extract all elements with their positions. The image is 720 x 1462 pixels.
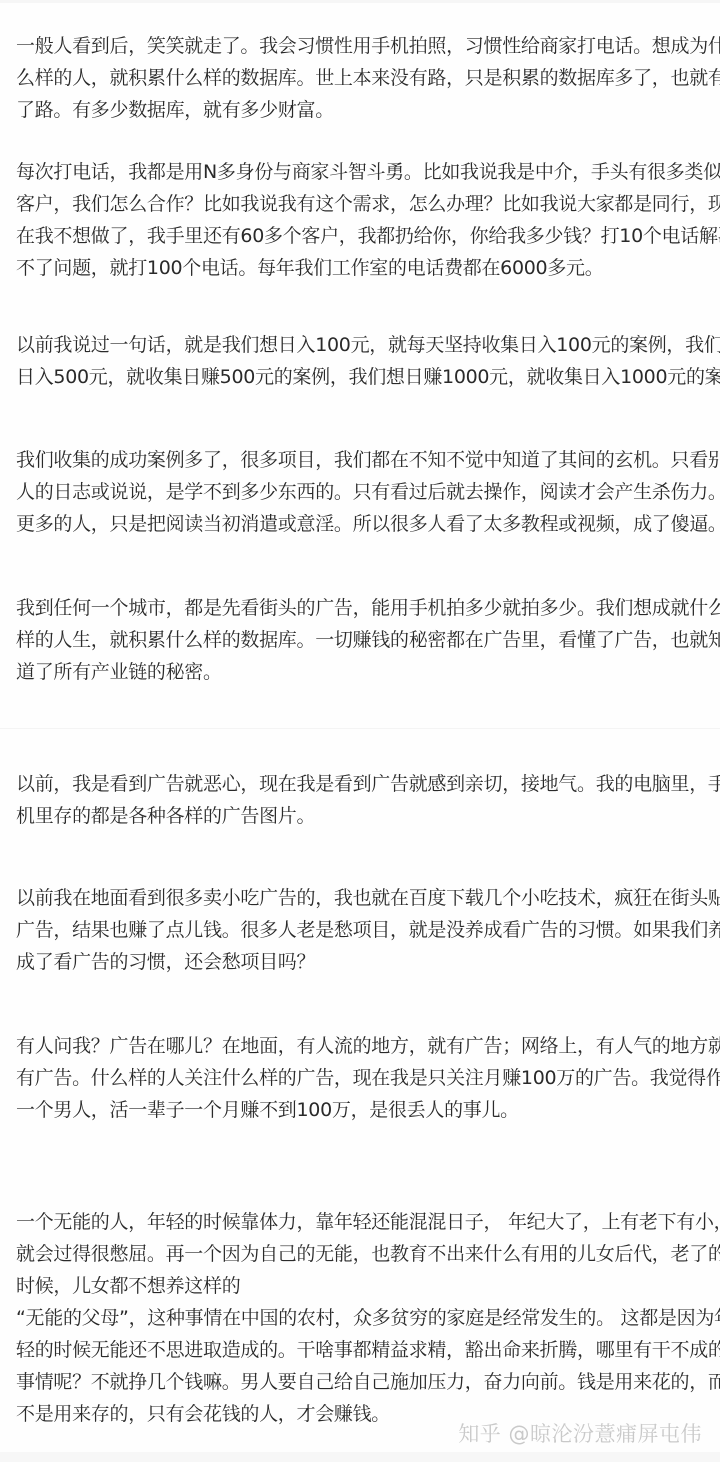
text-line: “无能的父母”，这种事情在中国的农村，众多贫穷的家庭是经常发生的。 这都是因为年 [16, 1306, 716, 1330]
text-line: 我到任何一个城市，都是先看街头的广告，能用手机拍多少就拍多少。我们想成就什么 [16, 596, 716, 620]
text-line: 事情呢？不就挣几个钱嘛。男人要自己给自己施加压力，奋力向前。钱是用来花的，而 [16, 1370, 716, 1394]
top-edge [0, 0, 720, 3]
text-line: 人的日志或说说，是学不到多少东西的。只有看过后就去操作，阅读才会产生杀伤力。 [16, 480, 716, 504]
section-divider [0, 728, 720, 729]
text-line: 有广告。什么样的人关注什么样的广告，现在我是只关注月赚100万的广告。我觉得作为 [16, 1066, 716, 1090]
text-line: 了路。有多少数据库，就有多少财富。 [16, 98, 716, 122]
text-line: 不了问题，就打100个电话。每年我们工作室的电话费都在6000多元。 [16, 256, 716, 280]
text-line: 么样的人，就积累什么样的数据库。世上本来没有路，只是积累的数据库多了，也就有 [16, 66, 716, 90]
text-line: 客户，我们怎么合作？比如我说我有这个需求，怎么办理？比如我说大家都是同行，现 [16, 192, 716, 216]
text-line: 以前我说过一句话，就是我们想日入100元，就每天坚持收集日入100元的案例，我们… [16, 333, 716, 357]
bottom-edge [0, 1452, 720, 1462]
text-line: 以前我在地面看到很多卖小吃广告的，我也就在百度下载几个小吃技术，疯狂在街头贴 [16, 886, 716, 910]
text-line: 一个无能的人，年轻的时候靠体力，靠年轻还能混混日子， 年纪大了，上有老下有小， [16, 1210, 716, 1234]
text-line: 轻的时候无能还不思进取造成的。干啥事都精益求精，豁出命来折腾，哪里有干不成的 [16, 1338, 716, 1362]
text-line: 以前，我是看到广告就恶心，现在我是看到广告就感到亲切，接地气。我的电脑里，手 [16, 772, 716, 796]
text-line: 样的人生，就积累什么样的数据库。一切赚钱的秘密都在广告里，看懂了广告，也就知 [16, 628, 716, 652]
text-line: 一个男人，活一辈子一个月赚不到100万，是很丢人的事儿。 [16, 1098, 716, 1122]
text-line: 有人问我？广告在哪儿？在地面，有人流的地方，就有广告；网络上，有人气的地方就 [16, 1034, 716, 1058]
text-line: 成了看广告的习惯，还会愁项目吗？ [16, 950, 716, 974]
text-line: 机里存的都是各种各样的广告图片。 [16, 804, 716, 828]
text-line: 我们收集的成功案例多了，很多项目，我们都在不知不觉中知道了其间的玄机。只看别 [16, 448, 716, 472]
text-line: 每次打电话，我都是用N多身份与商家斗智斗勇。比如我说我是中介，手头有很多类似的 [16, 160, 716, 184]
text-line: 道了所有产业链的秘密。 [16, 660, 716, 684]
text-line: 更多的人，只是把阅读当初消遣或意淫。所以很多人看了太多教程或视频，成了傻逼。 [16, 512, 716, 536]
text-line: 在我不想做了，我手里还有60多个客户，我都扔给你，你给我多少钱？打10个电话解决 [16, 224, 716, 248]
text-line: 就会过得很憋屈。再一个因为自己的无能，也教育不出来什么有用的儿女后代，老了的 [16, 1242, 716, 1266]
text-line: 日入500元，就收集日赚500元的案例，我们想日赚1000元，就收集日入1000… [16, 365, 716, 389]
zhihu-watermark: 知乎 @晾沦汾薏痡屏屯伟 [458, 1421, 702, 1447]
text-line: 时候，儿女都不想养这样的 [16, 1274, 716, 1298]
text-line: 广告，结果也赚了点儿钱。很多人老是愁项目，就是没养成看广告的习惯。如果我们养 [16, 918, 716, 942]
text-line: 一般人看到后，笑笑就走了。我会习惯性用手机拍照，习惯性给商家打电话。想成为什 [16, 34, 716, 58]
